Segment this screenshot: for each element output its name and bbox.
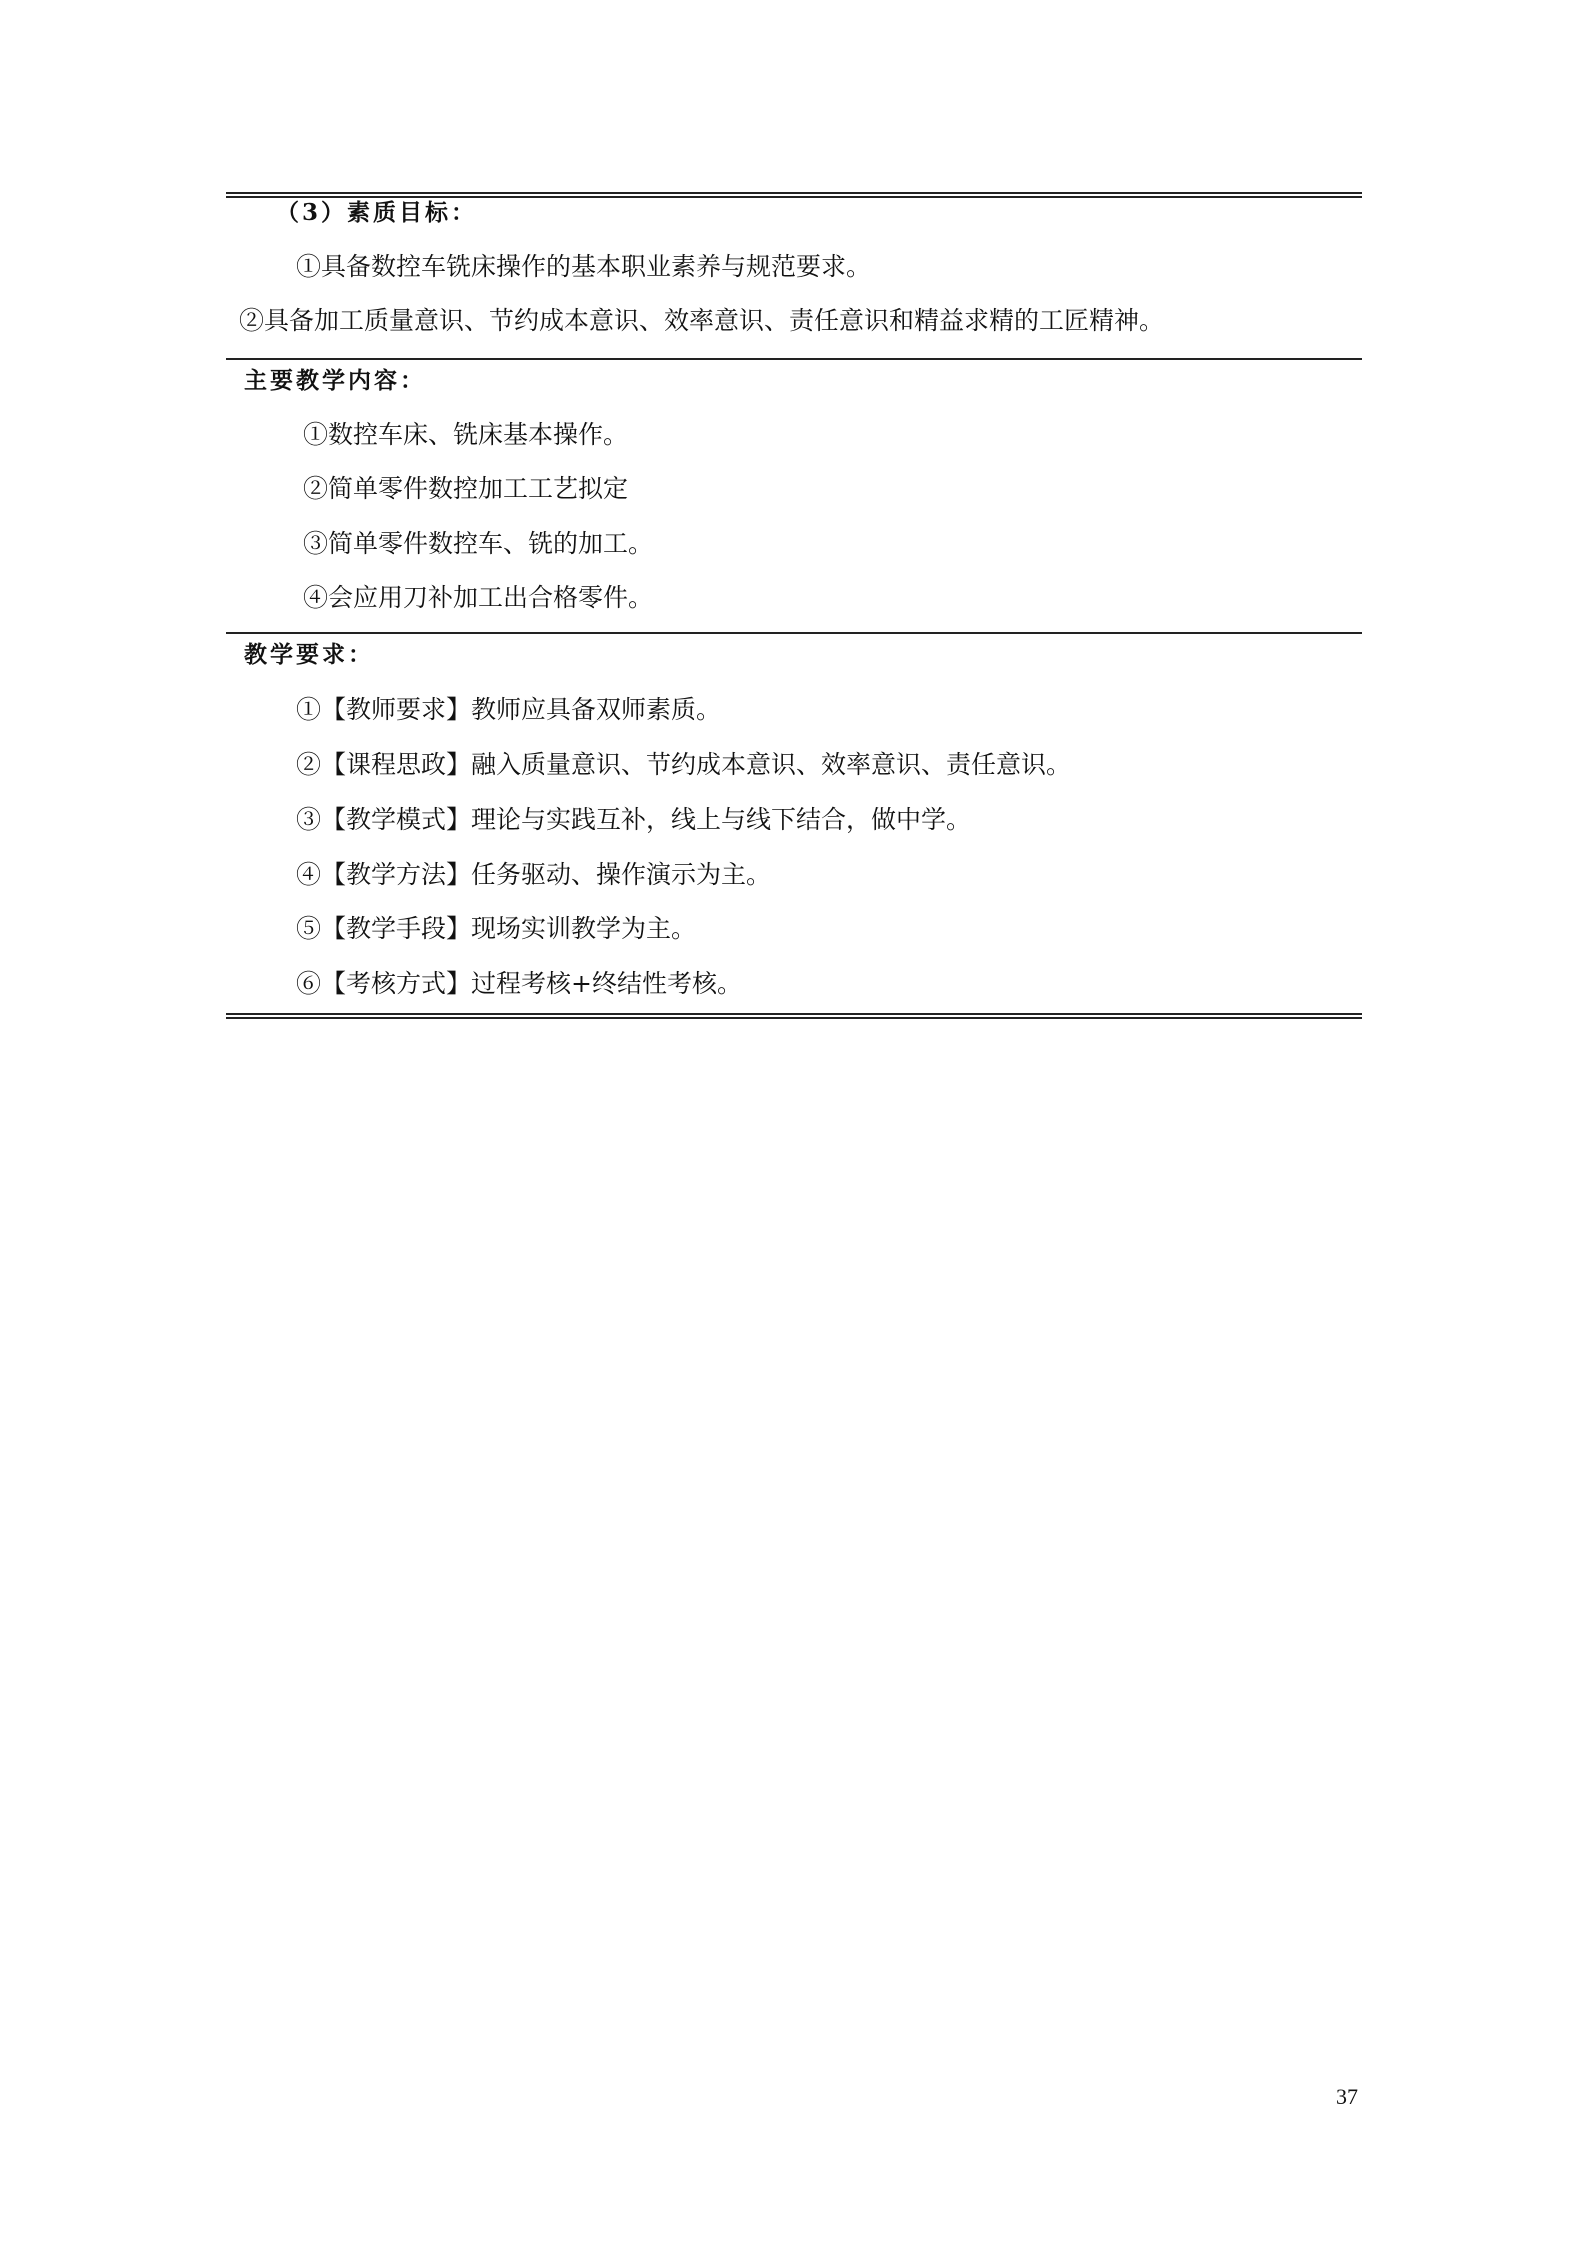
requirement-item: ②【课程思政】融入质量意识、节约成本意识、效率意识、责任意识。 <box>296 750 1071 780</box>
main-content-item: ②简单零件数控加工工艺拟定 <box>303 474 628 504</box>
main-content-item: ③简单零件数控车、铣的加工。 <box>303 529 653 559</box>
quality-goals-heading: （3）素质目标： <box>276 198 477 228</box>
page-number: 37 <box>1336 2084 1358 2110</box>
requirement-item: ⑥【考核方式】过程考核+终结性考核。 <box>296 969 742 999</box>
requirement-item: ⑤【教学手段】现场实训教学为主。 <box>296 914 696 944</box>
section-divider <box>226 632 1362 634</box>
bottom-double-rule <box>226 1013 1362 1019</box>
section-divider <box>226 358 1362 360</box>
quality-goal-item: ②具备加工质量意识、节约成本意识、效率意识、责任意识和精益求精的工匠精神。 <box>239 306 1164 336</box>
requirements-heading: 教学要求： <box>244 640 374 670</box>
main-content-heading: 主要教学内容： <box>244 366 426 396</box>
requirement-item: ①【教师要求】教师应具备双师素质。 <box>296 695 721 725</box>
requirement-item: ④【教学方法】任务驱动、操作演示为主。 <box>296 860 771 890</box>
main-content-item: ①数控车床、铣床基本操作。 <box>303 420 628 450</box>
requirement-item: ③【教学模式】理论与实践互补，线上与线下结合，做中学。 <box>296 805 971 835</box>
quality-goal-item: ①具备数控车铣床操作的基本职业素养与规范要求。 <box>296 252 871 282</box>
main-content-item: ④会应用刀补加工出合格零件。 <box>303 583 653 613</box>
